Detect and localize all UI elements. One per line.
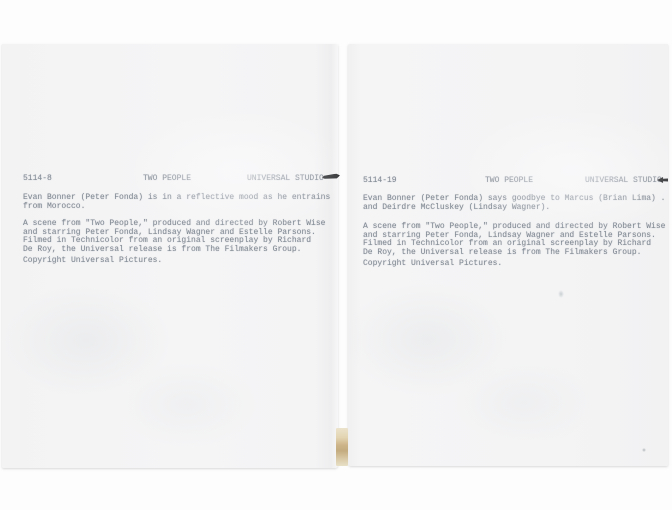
photo-caption: Evan Bonner (Peter Fonda) is in a reflec… (23, 194, 339, 211)
studio-name: UNIVERSAL STUDIO (585, 177, 662, 186)
copyright-line: Copyright Universal Pictures. (363, 260, 502, 269)
press-sheet-right-header: 5114-19 TWO PEOPLE UNIVERSAL STUDIO (348, 177, 668, 189)
copyright-line: Copyright Universal Pictures. (23, 257, 162, 266)
scanned-press-album-spread: 5114-8 TWO PEOPLE UNIVERSAL STUDIO Evan … (0, 0, 672, 510)
film-description: A scene from "Two People," produced and … (363, 223, 669, 257)
press-sheet-right: 5114-19 TWO PEOPLE UNIVERSAL STUDIO Evan… (348, 44, 668, 466)
film-title: TWO PEOPLE (485, 177, 533, 186)
press-sheet-left: 5114-8 TWO PEOPLE UNIVERSAL STUDIO Evan … (2, 44, 338, 468)
photo-code: 5114-19 (363, 177, 397, 186)
film-description: A scene from "Two People," produced and … (23, 220, 339, 254)
film-title: TWO PEOPLE (143, 175, 191, 184)
photo-caption: Evan Bonner (Peter Fonda) says goodbye t… (363, 195, 669, 212)
album-gutter-edge (336, 428, 348, 466)
studio-name: UNIVERSAL STUDIO (247, 175, 324, 184)
press-sheet-left-header: 5114-8 TWO PEOPLE UNIVERSAL STUDIO (2, 175, 338, 187)
photo-code: 5114-8 (23, 175, 52, 184)
